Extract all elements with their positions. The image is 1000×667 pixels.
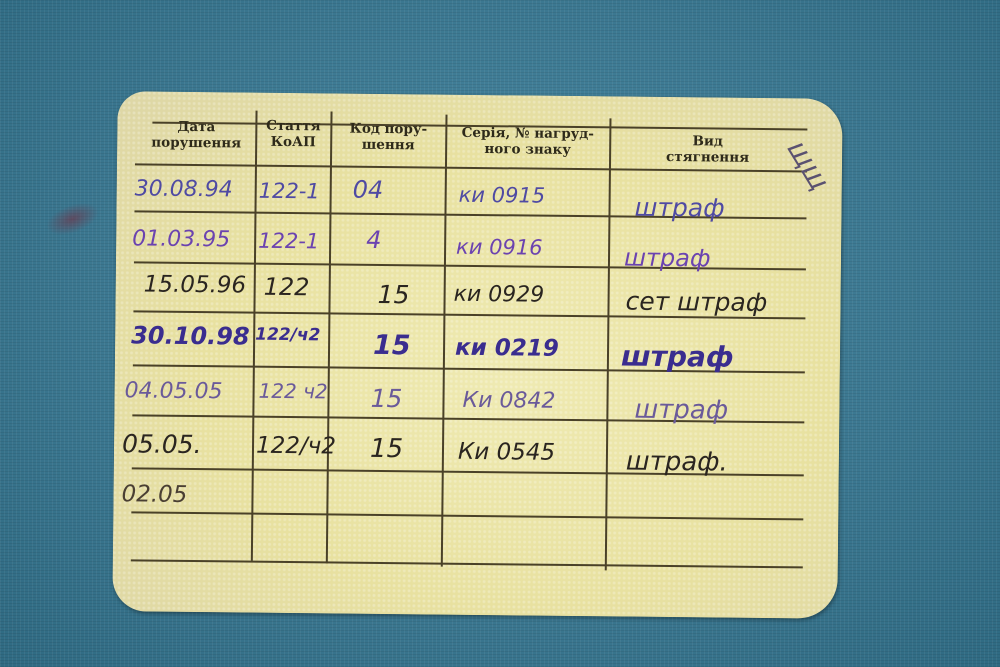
rule-col-3 — [441, 115, 447, 567]
row6-date: 05.05. — [122, 429, 202, 459]
row2-article: 122-1 — [258, 229, 319, 254]
row3-penalty: сет штраф — [625, 287, 767, 317]
header-article: Стаття КоАП — [256, 118, 330, 151]
row1-code: 04 — [353, 176, 384, 204]
row5-code: 15 — [370, 384, 402, 413]
row6-badge: Ки 0545 — [458, 439, 555, 466]
row5-badge: Ки 0842 — [462, 388, 555, 414]
row3-badge: ки 0929 — [454, 282, 545, 308]
rule-col-2 — [326, 111, 332, 563]
row1-badge: ки 0915 — [459, 183, 546, 208]
header-date-line1: Дата — [137, 118, 255, 135]
row4-date: 30.10.98 — [131, 321, 250, 350]
header-article-line2: КоАП — [256, 134, 330, 151]
header-penalty-line2: стягнення — [610, 148, 805, 166]
row3-date: 15.05.96 — [144, 272, 247, 299]
row2-penalty: штраф — [624, 244, 711, 273]
row4-article: 122/ч2 — [255, 325, 320, 346]
row6-penalty: штраф. — [626, 447, 728, 478]
row5-penalty: штраф — [634, 395, 728, 426]
header-penalty: Вид стягнення — [610, 132, 805, 166]
row4-badge: ки 0219 — [455, 335, 559, 362]
row2-badge: ки 0916 — [456, 235, 543, 260]
header-code-line1: Код пору- — [331, 120, 445, 137]
header-badge-line2: ного знаку — [446, 141, 609, 159]
header-date-line2: порушення — [137, 134, 255, 151]
row6-article: 122/ч2 — [256, 433, 336, 460]
header-badge-line1: Серія, № нагруд- — [446, 125, 609, 143]
row4-penalty: штраф — [621, 340, 734, 374]
row4-code: 15 — [373, 330, 411, 361]
row2-code: 4 — [366, 226, 382, 254]
row6-code: 15 — [370, 434, 403, 464]
row1-article: 122-1 — [259, 179, 320, 204]
rule-row-8 — [131, 559, 803, 568]
row3-code: 15 — [377, 280, 409, 309]
header-code-line2: шення — [331, 136, 445, 153]
row1-date: 30.08.94 — [135, 176, 233, 202]
ink-stain — [42, 196, 103, 241]
violation-record-card: Дата порушення Стаття КоАП Код пору- шен… — [112, 91, 842, 619]
row5-article: 122 ч2 — [258, 379, 327, 404]
row7-date: 02.05 — [121, 481, 187, 508]
row1-penalty: штраф — [634, 193, 724, 223]
row2-date: 01.03.95 — [132, 226, 230, 252]
rule-row-7 — [131, 511, 803, 520]
header-badge: Серія, № нагруд- ного знаку — [446, 125, 609, 159]
header-article-line1: Стаття — [256, 118, 330, 135]
rule-col-4 — [605, 118, 611, 570]
row5-date: 04.05.05 — [124, 378, 222, 404]
row3-article: 122 — [264, 273, 310, 301]
header-code: Код пору- шення — [331, 120, 445, 153]
header-date: Дата порушення — [137, 118, 255, 151]
